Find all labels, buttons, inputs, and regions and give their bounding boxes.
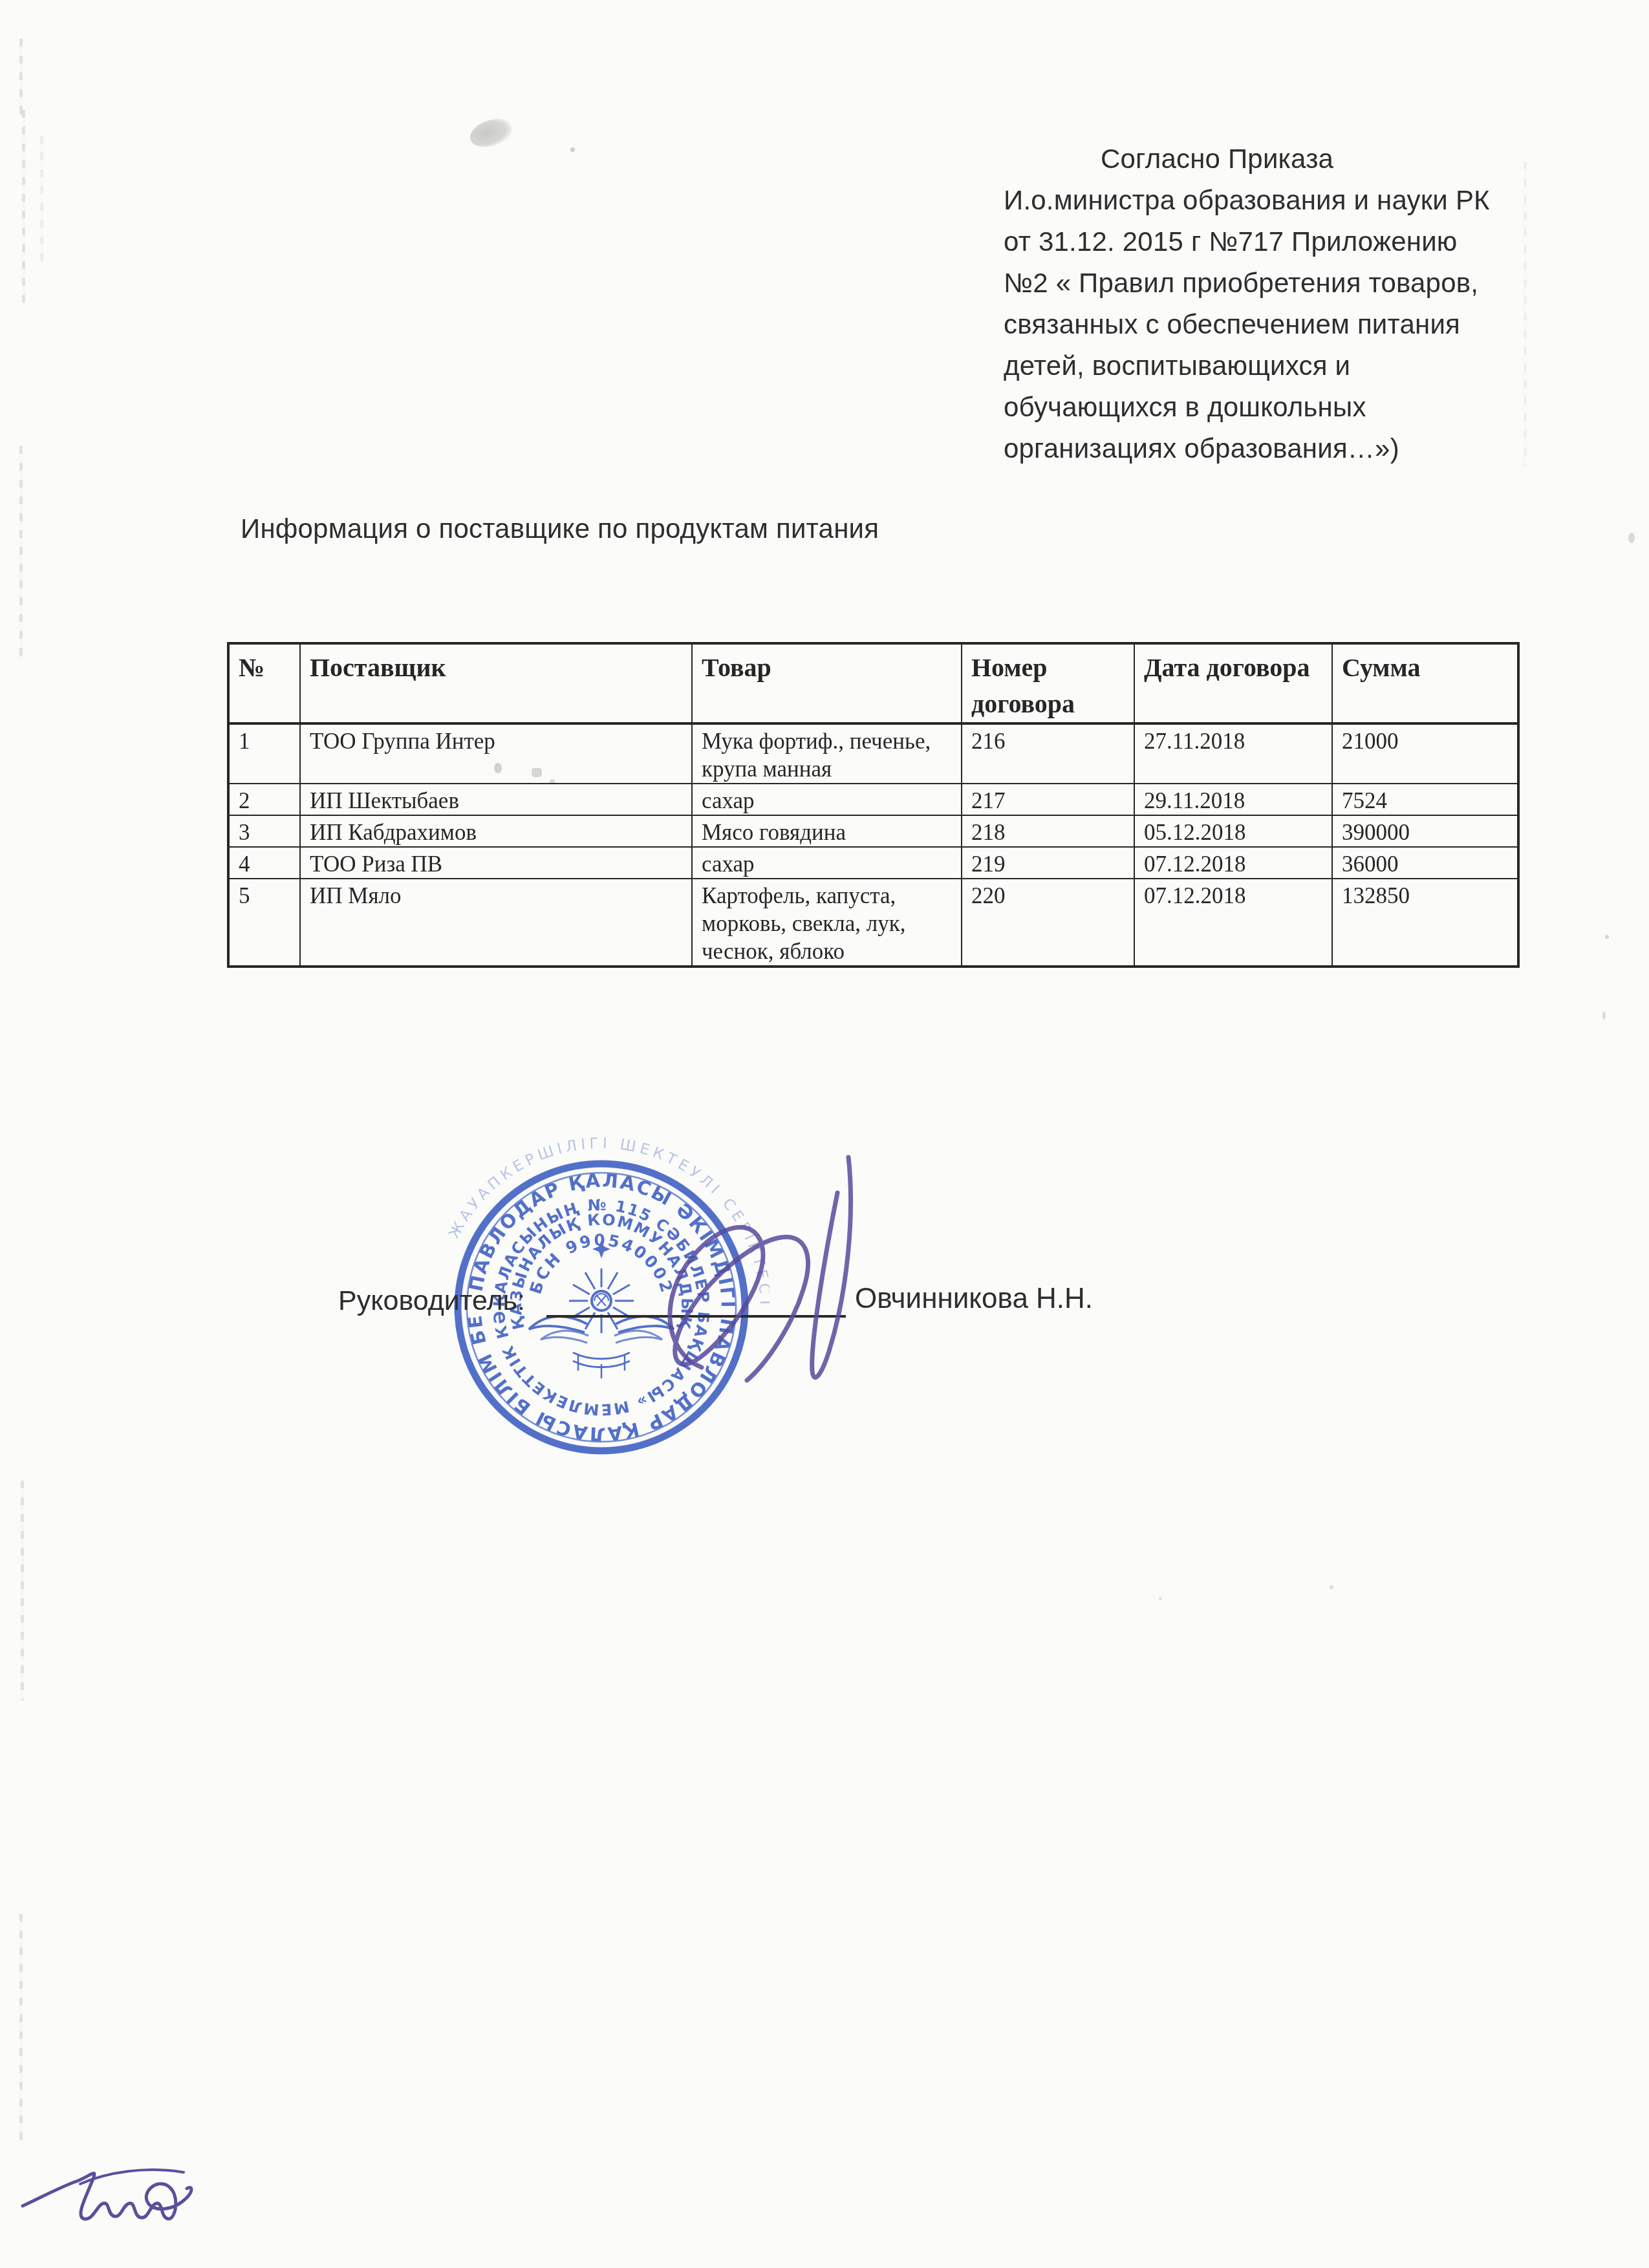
corner-signature-tail [80,2170,184,2184]
corner-signature [13,2153,207,2237]
table-cell: Мука фортиф., печенье, крупа манная [692,723,962,784]
signature-scribble [614,1138,886,1409]
table-cell: ТОО Риза ПВ [300,847,692,879]
table-cell: 220 [962,879,1134,967]
scan-speck [1628,533,1635,543]
table-cell: 390000 [1332,815,1518,847]
table-cell: 216 [962,723,1134,784]
table-cell: 05.12.2018 [1134,815,1332,847]
scan-artifact [19,446,23,659]
suppliers-table: № Поставщик Товар Номер договора Дата до… [227,642,1520,968]
scan-artifact [19,39,23,116]
table-cell: 217 [962,784,1134,815]
table-cell: 4 [228,847,300,879]
table-cell: 3 [228,815,300,847]
scan-artifact [21,1481,24,1700]
table-cell: сахар [692,784,962,815]
table-row: 2 ИП Шектыбаев сахар 217 29.11.2018 7524 [228,784,1518,815]
table-cell: 1 [228,723,300,784]
table-cell: ИП Мяло [300,879,692,967]
header-cell-goods: Товар [692,643,962,723]
scan-speck [1330,1585,1333,1589]
signature-name: Овчинникова Н.Н. [855,1283,1093,1315]
header-cell-contract-date: Дата договора [1134,643,1332,723]
order-reference-line: обучающихся в дошкольных [1004,387,1534,428]
scan-speck [1602,1011,1606,1020]
table-cell: сахар [692,847,962,879]
scan-speck [570,147,575,152]
order-reference-line: детей, воспитывающихся и [1004,345,1534,387]
corner-signature-path [23,2173,191,2219]
scan-speck [1605,935,1609,939]
table-cell: 29.11.2018 [1134,784,1332,815]
order-reference-line: И.о.министра образования и науки РК [1004,180,1534,221]
signature-ascender [812,1157,851,1377]
table-cell: 218 [962,815,1134,847]
table-cell: 5 [228,879,300,967]
scan-smudge [467,116,515,151]
table-cell: Картофель, капуста, морковь, свекла, лук… [692,879,962,967]
table-cell: 07.12.2018 [1134,847,1332,879]
table-cell: 2 [228,784,300,815]
order-reference-line: №2 « Правил приобретения товаров, [1004,262,1534,304]
table-cell: 36000 [1332,847,1518,879]
scan-artifact [19,1914,23,2140]
document-title: Информация о поставщике по продуктам пит… [241,513,879,544]
header-cell-amount: Сумма [1332,643,1518,723]
order-reference-block: Согласно Приказа И.о.министра образовани… [1004,138,1534,469]
signature-loops [670,1227,808,1380]
table-cell: 07.12.2018 [1134,879,1332,967]
table-cell: 7524 [1332,784,1518,815]
table-cell: 132850 [1332,879,1518,967]
table-cell: ИП Кабдрахимов [300,815,692,847]
order-reference-line: Согласно Приказа [1004,138,1534,180]
table-row: 5 ИП Мяло Картофель, капуста, морковь, с… [228,879,1518,967]
table-row: 3 ИП Кабдрахимов Мясо говядина 218 05.12… [228,815,1518,847]
header-cell-contract-number: Номер договора [962,643,1134,723]
scan-artifact [40,136,43,265]
header-cell-number: № [228,643,300,723]
table-cell: 21000 [1332,723,1518,784]
table-cell: 219 [962,847,1134,879]
table-row: 4 ТОО Риза ПВ сахар 219 07.12.2018 36000 [228,847,1518,879]
header-cell-supplier: Поставщик [300,643,692,723]
table-cell: Мясо говядина [692,815,962,847]
scanned-document-page: Согласно Приказа И.о.министра образовани… [0,0,1649,2268]
table-cell: ТОО Группа Интер [300,723,692,784]
signature-label: Руководитель: [338,1285,525,1317]
scan-speck [1159,1597,1162,1600]
order-reference-line: связанных с обеспечением питания [1004,304,1534,345]
order-reference-line: организациях образования…») [1004,428,1534,469]
table-cell: 27.11.2018 [1134,723,1332,784]
table-cell: ИП Шектыбаев [300,784,692,815]
scan-artifact [22,110,25,304]
table-header-row: № Поставщик Товар Номер договора Дата до… [228,643,1518,723]
order-reference-line: от 31.12. 2015 г №717 Приложению [1004,221,1534,262]
table-row: 1 ТОО Группа Интер Мука фортиф., печенье… [228,723,1518,784]
